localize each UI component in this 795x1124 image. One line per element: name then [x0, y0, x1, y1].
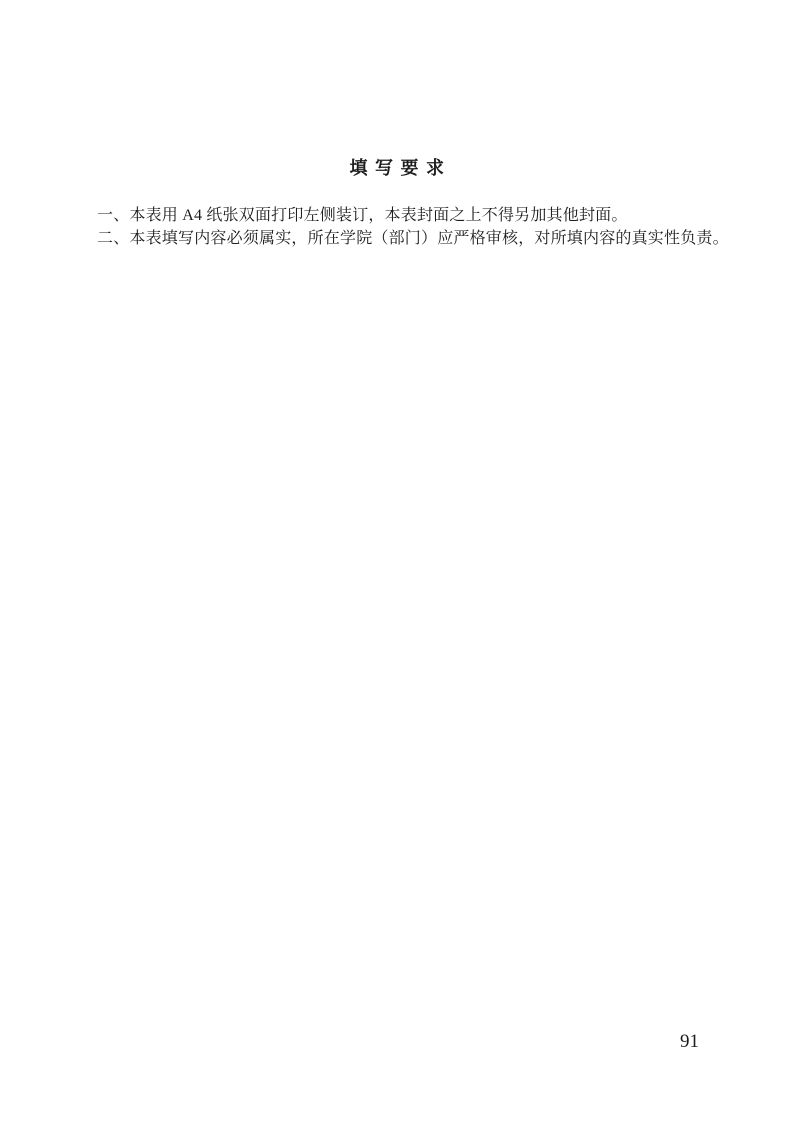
instructions-block: 一、本表用 A4 纸张双面打印左侧装订，本表封面之上不得另加其他封面。 二、本表… — [97, 204, 737, 250]
document-page: 填 写 要 求 一、本表用 A4 纸张双面打印左侧装订，本表封面之上不得另加其他… — [0, 0, 795, 1124]
instruction-item-1: 一、本表用 A4 纸张双面打印左侧装订，本表封面之上不得另加其他封面。 — [97, 204, 737, 227]
page-title: 填 写 要 求 — [0, 156, 795, 180]
page-number: 91 — [680, 1031, 699, 1053]
instruction-item-2: 二、本表填写内容必须属实，所在学院（部门）应严格审核，对所填内容的真实性负责。 — [97, 227, 737, 250]
